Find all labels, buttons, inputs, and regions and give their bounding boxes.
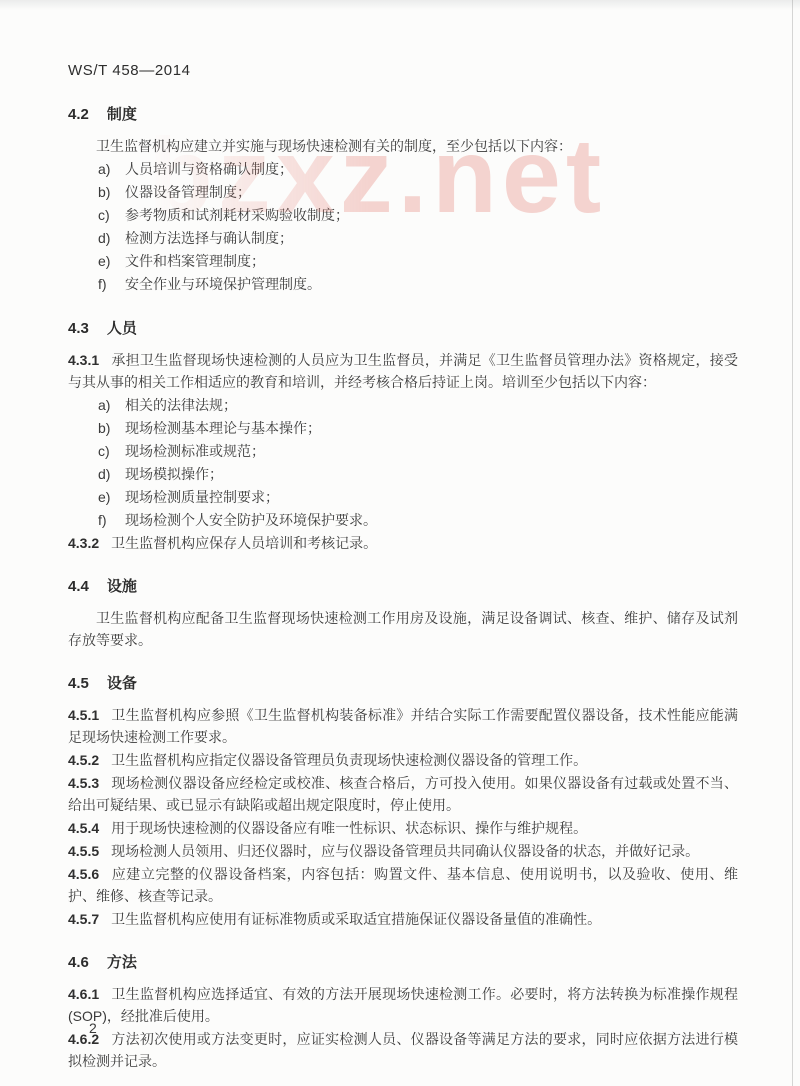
clause-4-5-3: 4.5.3现场检测仪器设备应经检定或校准、核查合格后，方可投入使用。如果仪器设备… xyxy=(68,772,738,816)
list-item-label: b) xyxy=(98,417,125,440)
clause-4-5-1: 4.5.1卫生监督机构应参照《卫生监督机构装备标准》并结合实际工作需要配置仪器设… xyxy=(68,704,738,748)
list-item-text: 文件和档案管理制度； xyxy=(125,250,738,273)
clause-text: 卫生监督机构应指定仪器设备管理员负责现场快速检测仪器设备的管理工作。 xyxy=(111,752,587,768)
section-title: 设备 xyxy=(107,675,137,692)
section-heading-4-5: 4.5设备 xyxy=(68,673,738,695)
page-number: 2 xyxy=(89,1020,97,1036)
list-item-label: b) xyxy=(98,181,125,204)
list-item: c)现场检测标准或规范； xyxy=(98,440,738,463)
section-number: 4.2 xyxy=(68,106,89,123)
clause-number: 4.5.5 xyxy=(68,843,99,859)
section-title: 设施 xyxy=(107,578,137,595)
list-item-text: 参考物质和试剂耗材采购验收制度； xyxy=(125,204,738,227)
section-title: 方法 xyxy=(107,954,137,971)
page-content: WS/T 458—2014 4.2制度 卫生监督机构应建立并实施与现场快速检测有… xyxy=(0,0,800,1072)
list-item-text: 仪器设备管理制度； xyxy=(125,181,738,204)
clause-number: 4.3.1 xyxy=(68,352,99,368)
clause-4-5-2: 4.5.2卫生监督机构应指定仪器设备管理员负责现场快速检测仪器设备的管理工作。 xyxy=(68,749,738,771)
list-item-label: f) xyxy=(98,273,125,296)
list-item-label: d) xyxy=(98,227,125,250)
section-number: 4.4 xyxy=(68,578,89,595)
clause-text: 卫生监督机构应选择适宜、有效的方法开展现场快速检测工作。必要时，将方法转换为标准… xyxy=(68,986,738,1024)
list-item-text: 现场检测标准或规范； xyxy=(125,440,738,463)
clause-text: 用于现场快速检测的仪器设备应有唯一性标识、状态标识、操作与维护规程。 xyxy=(111,820,587,836)
clause-4-6-2: 4.6.2方法初次使用或方法变更时，应证实检测人员、仪器设备等满足方法的要求，同… xyxy=(68,1028,738,1072)
list-item-label: c) xyxy=(98,440,125,463)
section-4-2-intro: 卫生监督机构应建立并实施与现场快速检测有关的制度，至少包括以下内容： xyxy=(68,135,738,157)
list-item-label: e) xyxy=(98,250,125,273)
section-heading-4-4: 4.4设施 xyxy=(68,576,738,598)
section-heading-4-3: 4.3人员 xyxy=(68,318,738,340)
list-item-text: 现场检测质量控制要求； xyxy=(125,486,738,509)
clause-4-5-4: 4.5.4用于现场快速检测的仪器设备应有唯一性标识、状态标识、操作与维护规程。 xyxy=(68,817,738,839)
clause-number: 4.5.7 xyxy=(68,911,99,927)
clause-number: 4.6.1 xyxy=(68,986,99,1002)
section-number: 4.5 xyxy=(68,675,89,692)
clause-4-5-6: 4.5.6应建立完整的仪器设备档案，内容包括：购置文件、基本信息、使用说明书，以… xyxy=(68,863,738,907)
section-title: 制度 xyxy=(107,106,137,123)
list-item: a)人员培训与资格确认制度； xyxy=(98,158,738,181)
clause-number: 4.5.6 xyxy=(68,866,99,882)
section-heading-4-2: 4.2制度 xyxy=(68,104,738,126)
list-item-text: 安全作业与环境保护管理制度。 xyxy=(125,273,738,296)
section-heading-4-6: 4.6方法 xyxy=(68,952,738,974)
list-item-label: a) xyxy=(98,394,125,417)
list-item-text: 现场模拟操作； xyxy=(125,463,738,486)
list-item: f)安全作业与环境保护管理制度。 xyxy=(98,273,738,296)
list-item-text: 相关的法律法规； xyxy=(125,394,738,417)
clause-number: 4.3.2 xyxy=(68,535,99,551)
clause-text: 现场检测仪器设备应经检定或校准、核查合格后，方可投入使用。如果仪器设备有过载或处… xyxy=(68,775,738,813)
list-item: e)现场检测质量控制要求； xyxy=(98,486,738,509)
list-item-text: 现场检测基本理论与基本操作； xyxy=(125,417,738,440)
list-item: a)相关的法律法规； xyxy=(98,394,738,417)
clause-text: 方法初次使用或方法变更时，应证实检测人员、仪器设备等满足方法的要求，同时应依据方… xyxy=(68,1031,738,1069)
section-4-2-list: a)人员培训与资格确认制度； b)仪器设备管理制度； c)参考物质和试剂耗材采购… xyxy=(68,158,738,296)
clause-4-5-5: 4.5.5现场检测人员领用、归还仪器时，应与仪器设备管理员共同确认仪器设备的状态… xyxy=(68,840,738,862)
section-4-4-intro: 卫生监督机构应配备卫生监督现场快速检测工作用房及设施，满足设备调试、核查、维护、… xyxy=(68,607,738,651)
list-item: c)参考物质和试剂耗材采购验收制度； xyxy=(98,204,738,227)
document-page: bzxz.net WS/T 458—2014 4.2制度 卫生监督机构应建立并实… xyxy=(0,0,800,1086)
list-item: f)现场检测个人安全防护及环境保护要求。 xyxy=(98,509,738,532)
section-4-3-list: a)相关的法律法规； b)现场检测基本理论与基本操作； c)现场检测标准或规范；… xyxy=(68,394,738,532)
list-item-label: f) xyxy=(98,509,125,532)
clause-4-3-1: 4.3.1承担卫生监督现场快速检测的人员应为卫生监督员，并满足《卫生监督员管理办… xyxy=(68,349,738,393)
clause-4-3-2: 4.3.2卫生监督机构应保存人员培训和考核记录。 xyxy=(68,532,738,554)
clause-number: 4.5.4 xyxy=(68,820,99,836)
list-item-label: c) xyxy=(98,204,125,227)
list-item: d)现场模拟操作； xyxy=(98,463,738,486)
list-item-label: d) xyxy=(98,463,125,486)
list-item-label: a) xyxy=(98,158,125,181)
clause-number: 4.5.1 xyxy=(68,707,99,723)
section-title: 人员 xyxy=(107,320,137,337)
section-number: 4.3 xyxy=(68,320,89,337)
section-number: 4.6 xyxy=(68,954,89,971)
clause-text: 卫生监督机构应参照《卫生监督机构装备标准》并结合实际工作需要配置仪器设备，技术性… xyxy=(68,707,738,745)
list-item-text: 人员培训与资格确认制度； xyxy=(125,158,738,181)
clause-number: 4.5.3 xyxy=(68,775,99,791)
list-item: b)现场检测基本理论与基本操作； xyxy=(98,417,738,440)
list-item-text: 检测方法选择与确认制度； xyxy=(125,227,738,250)
clause-text: 承担卫生监督现场快速检测的人员应为卫生监督员，并满足《卫生监督员管理办法》资格规… xyxy=(68,352,738,390)
list-item-label: e) xyxy=(98,486,125,509)
clause-text: 卫生监督机构应使用有证标准物质或采取适宜措施保证仪器设备量值的准确性。 xyxy=(111,911,601,927)
clause-4-6-1: 4.6.1卫生监督机构应选择适宜、有效的方法开展现场快速检测工作。必要时，将方法… xyxy=(68,983,738,1027)
clause-text: 应建立完整的仪器设备档案，内容包括：购置文件、基本信息、使用说明书，以及验收、使… xyxy=(68,866,738,904)
list-item: e)文件和档案管理制度； xyxy=(98,250,738,273)
clause-number: 4.5.2 xyxy=(68,752,99,768)
doc-code-header: WS/T 458—2014 xyxy=(68,60,738,82)
list-item: b)仪器设备管理制度； xyxy=(98,181,738,204)
list-item-text: 现场检测个人安全防护及环境保护要求。 xyxy=(125,509,738,532)
clause-text: 现场检测人员领用、归还仪器时，应与仪器设备管理员共同确认仪器设备的状态，并做好记… xyxy=(111,843,699,859)
clause-4-5-7: 4.5.7卫生监督机构应使用有证标准物质或采取适宜措施保证仪器设备量值的准确性。 xyxy=(68,908,738,930)
list-item: d)检测方法选择与确认制度； xyxy=(98,227,738,250)
clause-text: 卫生监督机构应保存人员培训和考核记录。 xyxy=(111,535,377,551)
